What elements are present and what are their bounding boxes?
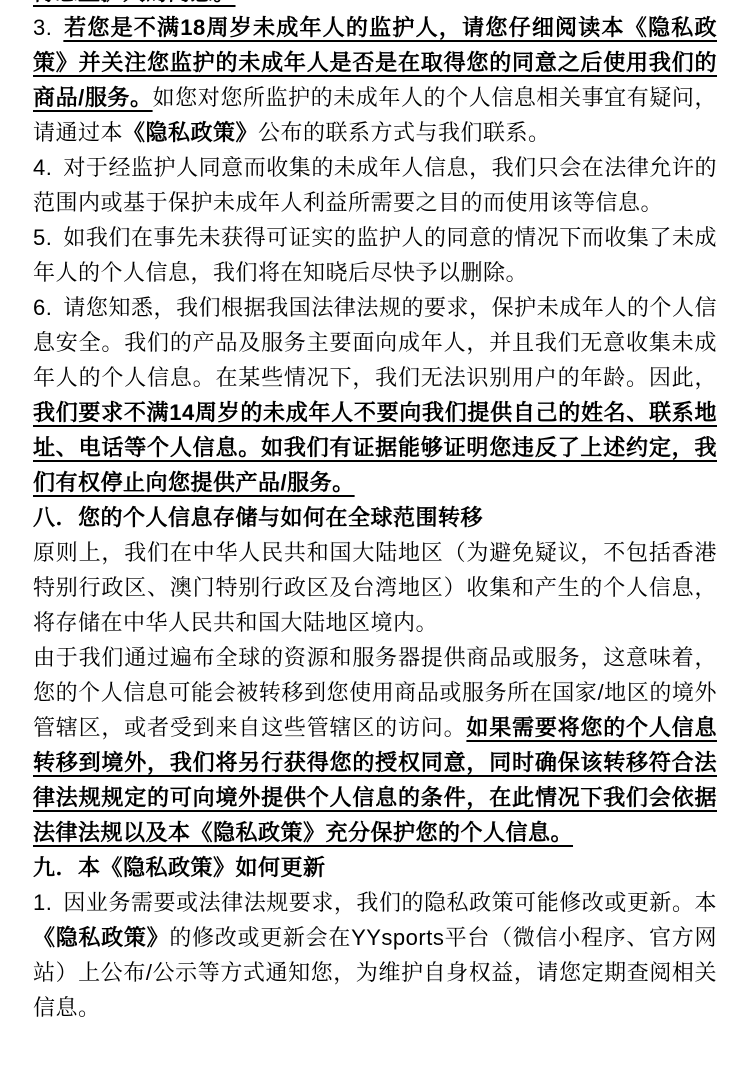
paragraph-2-clipped-line: 得您监护人的同意。 xyxy=(33,0,717,10)
paragraph-4-consented-minor-info: 4.对于经监护人同意而收集的未成年人信息，我们只会在法律允许的范围内或基于保护未… xyxy=(33,150,717,220)
list-number: 3. xyxy=(33,15,52,40)
paragraph-8b-cross-border-transfer: 由于我们通过遍布全球的资源和服务器提供商品或服务，这意味着，您的个人信息可能会被… xyxy=(33,640,717,850)
body-text: 因业务需要或法律法规要求，我们的隐私政策可能修改或更新。本 xyxy=(63,890,717,915)
body-text: 公布的联系方式与我们联系。 xyxy=(258,120,551,145)
body-text: 对于经监护人同意而收集的未成年人信息，我们只会在法律允许的范围内或基于保护未成年… xyxy=(33,155,717,215)
policy-document-body: 得您监护人的同意。 3.若您是不满18周岁未成年人的监护人，请您仔细阅读本《隐私… xyxy=(33,0,717,1025)
list-number: 5. xyxy=(33,225,52,250)
body-text: 原则上，我们在中华人民共和国大陆地区（为避免疑议，不包括香港特别行政区、澳门特别… xyxy=(33,540,717,635)
paragraph-3-guardian-notice: 3.若您是不满18周岁未成年人的监护人，请您仔细阅读本《隐私政策》并关注您监护的… xyxy=(33,10,717,150)
clipped-bold-underline-text: 得您监护人的同意。 xyxy=(33,0,236,5)
paragraph-9-1-policy-updates: 1.因业务需要或法律法规要求，我们的隐私政策可能修改或更新。本《隐私政策》的修改… xyxy=(33,885,717,1025)
paragraph-6-minor-protection: 6.请您知悉，我们根据我国法律法规的要求，保护未成年人的个人信息安全。我们的产品… xyxy=(33,290,717,500)
bold-underline-text: 我们要求不满14周岁的未成年人不要向我们提供自己的姓名、联系地址、电话等个人信息… xyxy=(33,400,717,495)
paragraph-5-deletion-without-consent: 5.如我们在事先未获得可证实的监护人的同意的情况下而收集了未成年人的个人信息，我… xyxy=(33,220,717,290)
privacy-policy-title-reference: 《隐私政策》 xyxy=(33,925,169,950)
list-number: 4. xyxy=(33,155,52,180)
section-9-heading: 九．本《隐私政策》如何更新 xyxy=(33,850,717,885)
section-8-heading: 八．您的个人信息存储与如何在全球范围转移 xyxy=(33,500,717,535)
body-text: 如我们在事先未获得可证实的监护人的同意的情况下而收集了未成年人的个人信息，我们将… xyxy=(33,225,717,285)
privacy-policy-page: 得您监护人的同意。 3.若您是不满18周岁未成年人的监护人，请您仔细阅读本《隐私… xyxy=(0,0,750,1085)
body-text: 请您知悉，我们根据我国法律法规的要求，保护未成年人的个人信息安全。我们的产品及服… xyxy=(33,295,717,390)
list-number: 6. xyxy=(33,295,52,320)
privacy-policy-title-reference: 《隐私政策》 xyxy=(123,120,258,145)
paragraph-8a-storage-location: 原则上，我们在中华人民共和国大陆地区（为避免疑议，不包括香港特别行政区、澳门特别… xyxy=(33,535,717,640)
list-number: 1. xyxy=(33,890,52,915)
